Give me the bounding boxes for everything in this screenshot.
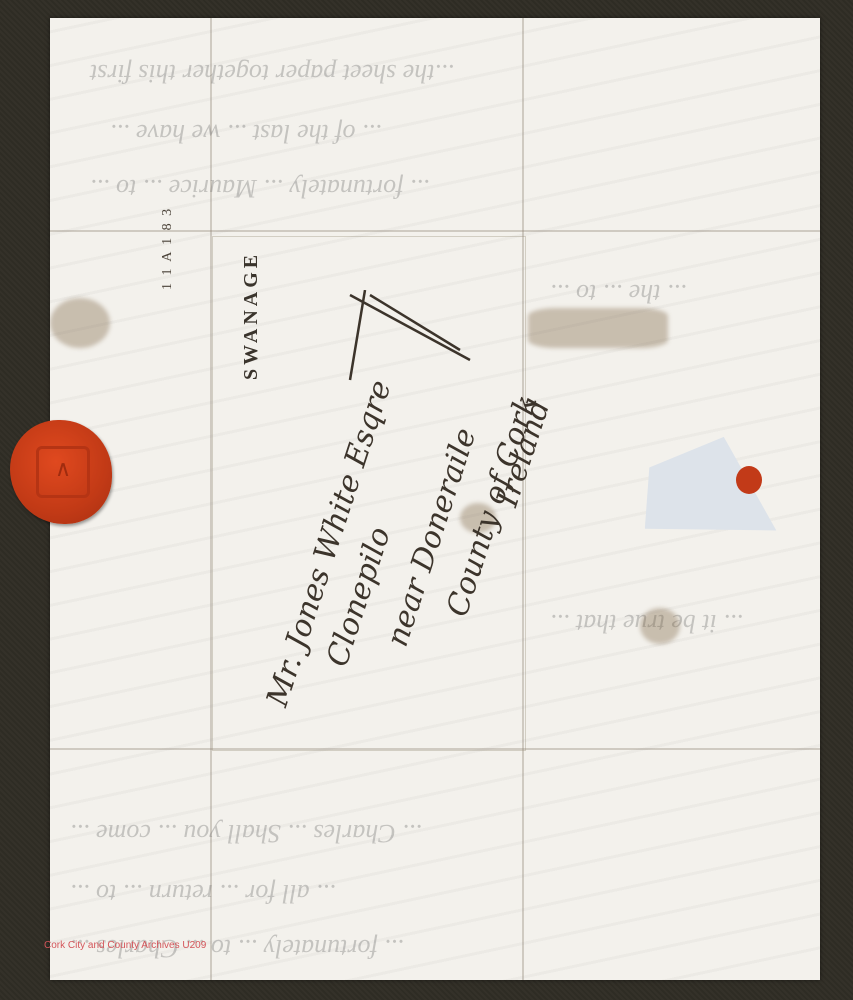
archive-label: Cork City and County Archives U209 <box>44 940 206 951</box>
postmark-stamp: SWANAGE <box>240 251 263 380</box>
faint-postmark: 1 1 A 1 8 3 <box>160 207 176 290</box>
reverse-text-line: ... the ... to ... <box>550 278 687 308</box>
reverse-text-line: ...the sheet paper together this first <box>90 58 454 88</box>
monogram-icon: ∧ <box>39 457 87 482</box>
reverse-text-line: ... fortunately ... Maurice ... to ... <box>90 173 429 203</box>
postal-charge-mark <box>330 290 480 390</box>
seal-impression: ∧ <box>36 446 90 498</box>
stain <box>640 608 680 644</box>
stain <box>50 298 110 348</box>
reverse-text-line: ... all for ... return ... to ... <box>70 878 336 908</box>
reverse-text-line: ... Charles ... Shall you ... come ... <box>70 818 422 848</box>
stain <box>528 308 668 348</box>
reverse-text-line: ... of the last ... we have ... <box>110 118 382 148</box>
wax-seal-fragment <box>736 466 762 494</box>
